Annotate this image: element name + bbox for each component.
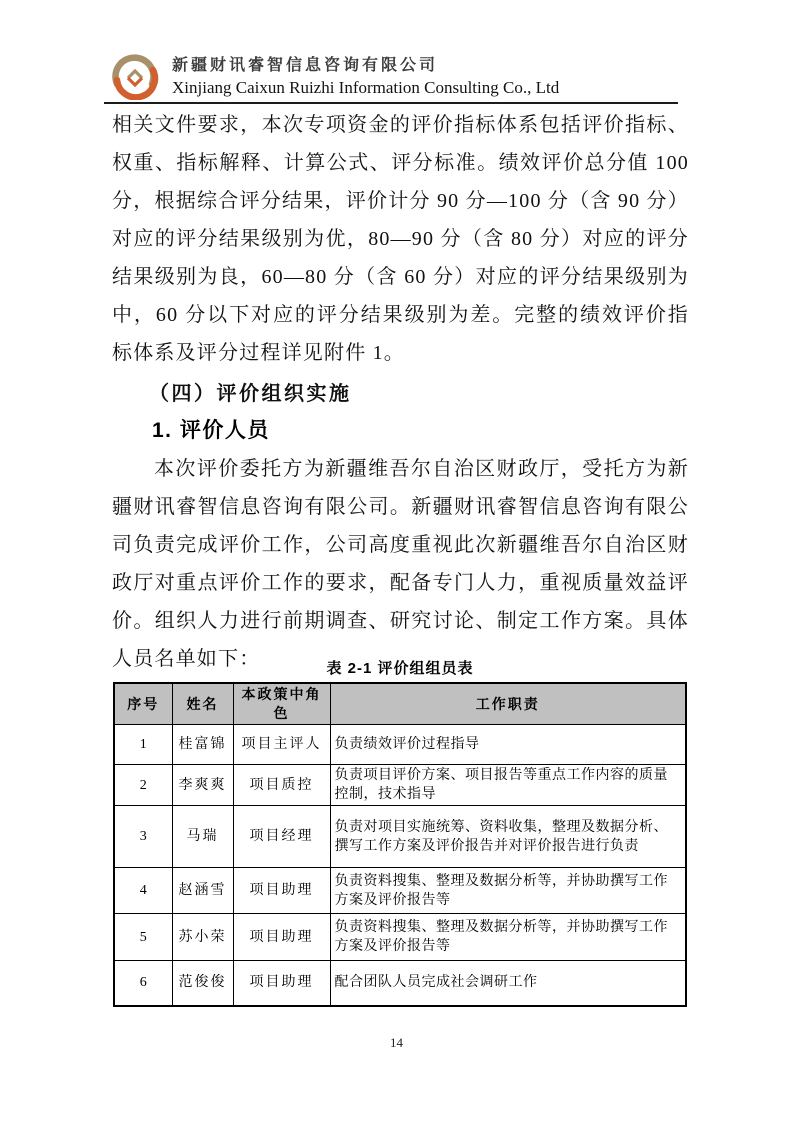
heading-section-4: （四）评价组织实施 — [112, 376, 689, 412]
company-name-en: Xinjiang Caixun Ruizhi Information Consu… — [172, 76, 559, 99]
heading-evaluation-personnel: 1. 评价人员 — [112, 412, 689, 450]
cell-name: 苏小荣 — [172, 914, 233, 961]
table-row: 5 苏小荣 项目助理 负责资料搜集、整理及数据分析等，并协助撰写工作方案及评价报… — [114, 914, 686, 961]
page-footer: 14 — [0, 1035, 793, 1051]
company-names: 新疆财讯睿智信息咨询有限公司 Xinjiang Caixun Ruizhi In… — [172, 55, 559, 99]
cell-duty: 配合团队人员完成社会调研工作 — [330, 961, 686, 1006]
table-row: 6 范俊俊 项目助理 配合团队人员完成社会调研工作 — [114, 961, 686, 1006]
cell-duty: 负责绩效评价过程指导 — [330, 725, 686, 765]
cell-index: 1 — [114, 725, 172, 765]
cell-name: 李爽爽 — [172, 765, 233, 806]
cell-name: 范俊俊 — [172, 961, 233, 1006]
cell-role: 项目主评人 — [233, 725, 330, 765]
document-body: 相关文件要求，本次专项资金的评价指标体系包括评价指标、权重、指标解释、计算公式、… — [112, 106, 689, 678]
cell-index: 4 — [114, 868, 172, 914]
table-row: 3 马瑞 项目经理 负责对项目实施统筹、资料收集，整理及数据分析、撰写工作方案及… — [114, 806, 686, 868]
letterhead: 新疆财讯睿智信息咨询有限公司 Xinjiang Caixun Ruizhi In… — [104, 52, 678, 104]
col-header-index: 序号 — [114, 683, 172, 725]
table-header-row: 序号 姓名 本政策中角色 工作职责 — [114, 683, 686, 725]
evaluation-members-table: 序号 姓名 本政策中角色 工作职责 1 桂富锦 项目主评人 负责绩效评价过程指导… — [113, 682, 687, 1007]
cell-index: 5 — [114, 914, 172, 961]
table-row: 4 赵涵雪 项目助理 负责资料搜集、整理及数据分析等，并协助撰写工作方案及评价报… — [114, 868, 686, 914]
table-caption: 表 2-1 评价组组员表 — [113, 659, 687, 679]
cell-duty: 负责资料搜集、整理及数据分析等，并协助撰写工作方案及评价报告等 — [330, 914, 686, 961]
cell-index: 2 — [114, 765, 172, 806]
cell-duty: 负责项目评价方案、项目报告等重点工作内容的质量控制，技术指导 — [330, 765, 686, 806]
document-page: 新疆财讯睿智信息咨询有限公司 Xinjiang Caixun Ruizhi In… — [0, 0, 793, 1122]
cell-role: 项目助理 — [233, 868, 330, 914]
paragraph-personnel-intro: 本次评价委托方为新疆维吾尔自治区财政厅，受托方为新疆财讯睿智信息咨询有限公司。新… — [112, 450, 689, 678]
page-number: 14 — [390, 1035, 403, 1050]
cell-role: 项目经理 — [233, 806, 330, 868]
col-header-name: 姓名 — [172, 683, 233, 725]
cell-name: 马瑞 — [172, 806, 233, 868]
company-logo-icon — [111, 54, 159, 100]
company-name-cn: 新疆财讯睿智信息咨询有限公司 — [172, 55, 559, 76]
cell-name: 桂富锦 — [172, 725, 233, 765]
cell-duty: 负责对项目实施统筹、资料收集，整理及数据分析、撰写工作方案及评价报告并对评价报告… — [330, 806, 686, 868]
cell-name: 赵涵雪 — [172, 868, 233, 914]
col-header-role: 本政策中角色 — [233, 683, 330, 725]
cell-index: 3 — [114, 806, 172, 868]
table-row: 1 桂富锦 项目主评人 负责绩效评价过程指导 — [114, 725, 686, 765]
cell-role: 项目助理 — [233, 914, 330, 961]
table-row: 2 李爽爽 项目质控 负责项目评价方案、项目报告等重点工作内容的质量控制，技术指… — [114, 765, 686, 806]
cell-index: 6 — [114, 961, 172, 1006]
cell-role: 项目质控 — [233, 765, 330, 806]
cell-role: 项目助理 — [233, 961, 330, 1006]
paragraph-scoring-criteria: 相关文件要求，本次专项资金的评价指标体系包括评价指标、权重、指标解释、计算公式、… — [112, 106, 689, 372]
cell-duty: 负责资料搜集、整理及数据分析等，并协助撰写工作方案及评价报告等 — [330, 868, 686, 914]
members-table-section: 表 2-1 评价组组员表 序号 姓名 本政策中角色 工作职责 1 桂富锦 项目主… — [113, 659, 687, 1007]
col-header-duty: 工作职责 — [330, 683, 686, 725]
